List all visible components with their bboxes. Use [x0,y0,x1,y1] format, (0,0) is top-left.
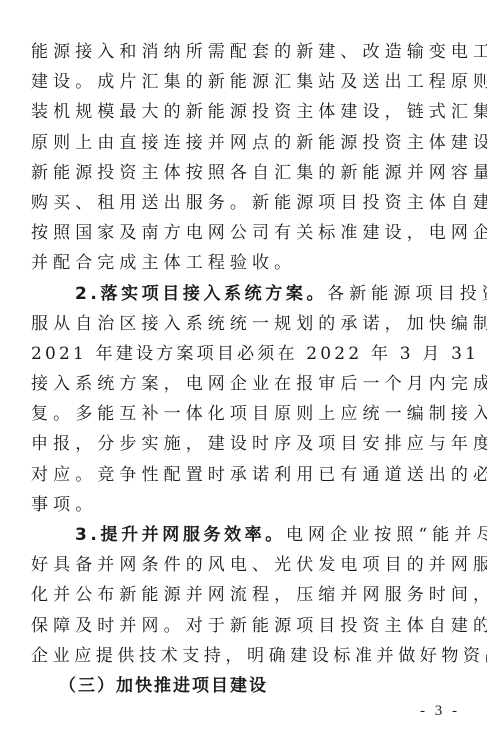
text-line: 按照国家及南方电网公司有关标准建设，电网企业提供技术支持 [31,218,455,248]
page-number: - 3 - [420,703,460,720]
item-2-title: 2.落实项目接入系统方案。 [75,284,327,304]
text-line: 2021 年建设方案项目必须在 2022 年 3 月 31 日前向电网企业报审 [31,339,455,369]
text-line: 复。多能互补一体化项目原则上应统一编制接入系统方案，整体 [31,399,455,429]
text-line: 并配合完成主体工程验收。 [31,248,455,278]
paragraph-3-first-line: 3.提升并网服务效率。电网企业按照“能并尽并”原则，做 [31,520,455,550]
section-heading: （三）加快推进项目建设 [59,676,268,696]
document-page: 能源接入和消纳所需配套的新建、改造输变电工程，由电网企业 建设。成片汇集的新能源… [0,0,487,736]
text-line: 购买、租用送出服务。新能源项目投资主体自建的送出工程必须 [31,188,455,218]
text-span: 各新能源项目投资主体必须履行 [327,284,487,304]
text-line: 服从自治区接入系统统一规划的承诺，加快编制接入系统方案。 [31,309,455,339]
paragraph-2-first-line: 2.落实项目接入系统方案。各新能源项目投资主体必须履行 [31,279,455,309]
text-line: 企业应提供技术支持，明确建设标准并做好物资品控管理等工作。 [31,641,455,671]
section-heading-line: （三）加快推进项目建设 [31,671,455,701]
text-line: 接入系统方案，电网企业在报审后一个月内完成接入系统方案批 [31,369,455,399]
text-line: 能源接入和消纳所需配套的新建、改造输变电工程，由电网企业 [31,37,455,67]
text-span: 电网企业按照“能并尽并”原则，做 [286,525,487,545]
item-3-title: 3.提升并网服务效率。 [75,525,286,545]
text-line: 对应。竞争性配置时承诺利用已有通道送出的必须严格执行承诺 [31,460,455,490]
text-line: 原则上由直接连接并网点的新能源投资主体建设。汇集点内其它 [31,128,455,158]
text-line: 化并公布新能源并网流程，压缩并网服务时间，提高服务效率， [31,580,455,610]
body-text: 能源接入和消纳所需配套的新建、改造输变电工程，由电网企业 建设。成片汇集的新能源… [31,37,455,701]
text-line: 好具备并网条件的风电、光伏发电项目的并网服务工作，完善优 [31,550,455,580]
text-line: 事项。 [31,490,455,520]
text-line: 申报，分步实施，建设时序及项目安排应与年度安排的建设规模 [31,429,455,459]
text-line: 保障及时并网。对于新能源项目投资主体自建的接网工程，电网 [31,611,455,641]
text-line: 新能源投资主体按照各自汇集的新能源并网容量分摊建设费用或 [31,158,455,188]
text-line: 建设。成片汇集的新能源汇集站及送出工程原则上由汇集范围内 [31,67,455,97]
text-line: 装机规模最大的新能源投资主体建设，链式汇集的新能源汇集站 [31,97,455,127]
